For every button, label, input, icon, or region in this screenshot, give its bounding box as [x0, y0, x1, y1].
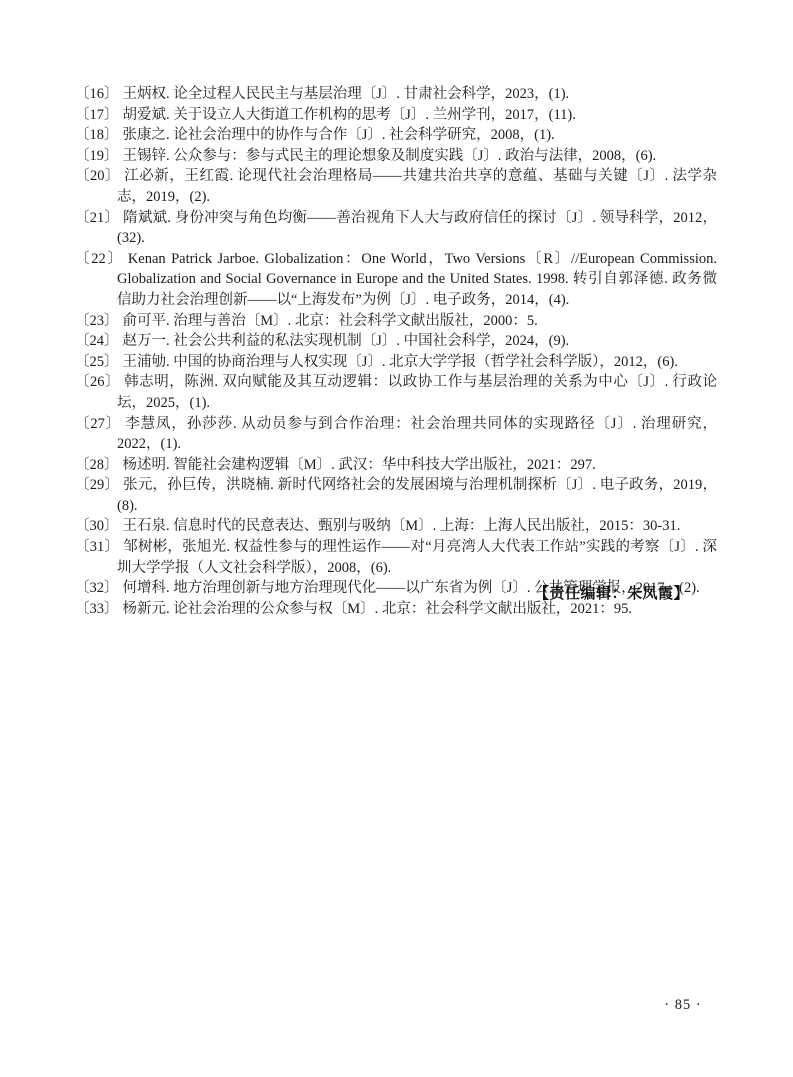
references-list: 〔16〕王炳权. 论全过程人民民主与基层治理〔J〕. 甘肃社会科学，2023，(… — [75, 84, 717, 619]
reference-item: 〔19〕王锡锌. 公众参与：参与式民主的理论想象及制度实践〔J〕. 政治与法律，… — [75, 146, 717, 167]
reference-number: 〔22〕 — [75, 251, 124, 267]
reference-item: 〔20〕江必新，王红霞. 论现代社会治理格局——共建共治共享的意蕴、基础与关键〔… — [75, 166, 717, 207]
editor-credit: 【责任编辑：朱凤霞】 — [534, 582, 689, 603]
reference-item: 〔29〕张元，孙巨传，洪晓楠. 新时代网络社会的发展困境与治理机制探析〔J〕. … — [75, 475, 717, 516]
reference-item: 〔30〕王石泉. 信息时代的民意表达、甄别与吸纳〔M〕. 上海：上海人民出版社，… — [75, 516, 717, 537]
reference-text: 杨新元. 论社会治理的公众参与权〔M〕. 北京：社会科学文献出版社，2021：9… — [123, 601, 633, 617]
reference-number: 〔24〕 — [75, 333, 119, 349]
reference-text: 王锡锌. 公众参与：参与式民主的理论想象及制度实践〔J〕. 政治与法律，2008… — [123, 148, 657, 164]
reference-number: 〔18〕 — [75, 127, 119, 143]
reference-text: 俞可平. 治理与善治〔M〕. 北京：社会科学文献出版社，2000：5. — [123, 313, 538, 329]
reference-number: 〔25〕 — [75, 354, 119, 370]
reference-number: 〔30〕 — [75, 518, 119, 534]
reference-text: 李慧凤，孙莎莎. 从动员参与到合作治理：社会治理共同体的实现路径〔J〕. 治理研… — [117, 416, 717, 453]
reference-text: 韩志明，陈洲. 双向赋能及其互动逻辑：以政协工作与基层治理的关系为中心〔J〕. … — [117, 374, 717, 411]
page-number: · 85 · — [655, 997, 711, 1014]
reference-number: 〔28〕 — [75, 457, 119, 473]
reference-number: 〔33〕 — [75, 601, 119, 617]
reference-item: 〔16〕王炳权. 论全过程人民民主与基层治理〔J〕. 甘肃社会科学，2023，(… — [75, 84, 717, 105]
reference-number: 〔32〕 — [75, 580, 119, 596]
reference-number: 〔19〕 — [75, 148, 119, 164]
reference-number: 〔16〕 — [75, 86, 119, 102]
reference-item: 〔28〕杨述明. 智能社会建构逻辑〔M〕. 武汉：华中科技大学出版社，2021：… — [75, 455, 717, 476]
reference-number: 〔26〕 — [75, 374, 120, 390]
reference-item: 〔17〕胡爱斌. 关于设立人大街道工作机构的思考〔J〕. 兰州学刊，2017，(… — [75, 105, 717, 126]
reference-number: 〔20〕 — [75, 168, 120, 184]
reference-text: 张康之. 论社会治理中的协作与合作〔J〕. 社会科学研究，2008，(1). — [123, 127, 555, 143]
reference-text: 杨述明. 智能社会建构逻辑〔M〕. 武汉：华中科技大学出版社，2021：297. — [123, 457, 596, 473]
reference-text: 赵万一. 社会公共利益的私法实现机制〔J〕. 中国社会科学，2024，(9). — [123, 333, 570, 349]
reference-item: 〔25〕王浦劬. 中国的协商治理与人权实现〔J〕. 北京大学学报（哲学社会科学版… — [75, 352, 717, 373]
reference-item: 〔31〕邹树彬，张旭光. 权益性参与的理性运作——对“月亮湾人大代表工作站”实践… — [75, 537, 717, 578]
reference-number: 〔21〕 — [75, 210, 119, 226]
reference-text: 王炳权. 论全过程人民民主与基层治理〔J〕. 甘肃社会科学，2023，(1). — [123, 86, 570, 102]
reference-item: 〔18〕张康之. 论社会治理中的协作与合作〔J〕. 社会科学研究，2008，(1… — [75, 125, 717, 146]
reference-number: 〔27〕 — [75, 416, 121, 432]
reference-text: 邹树彬，张旭光. 权益性参与的理性运作——对“月亮湾人大代表工作站”实践的考察〔… — [117, 539, 717, 576]
reference-text: 隋斌斌. 身份冲突与角色均衡——善治视角下人大与政府信任的探讨〔J〕. 领导科学… — [117, 210, 717, 247]
reference-text: 胡爱斌. 关于设立人大街道工作机构的思考〔J〕. 兰州学刊，2017，(11). — [123, 107, 576, 123]
reference-number: 〔29〕 — [75, 477, 119, 493]
reference-item: 〔23〕俞可平. 治理与善治〔M〕. 北京：社会科学文献出版社，2000：5. — [75, 311, 717, 332]
reference-number: 〔23〕 — [75, 313, 119, 329]
reference-item: 〔27〕李慧凤，孙莎莎. 从动员参与到合作治理：社会治理共同体的实现路径〔J〕.… — [75, 414, 717, 455]
reference-item: 〔24〕赵万一. 社会公共利益的私法实现机制〔J〕. 中国社会科学，2024，(… — [75, 331, 717, 352]
reference-text: 张元，孙巨传，洪晓楠. 新时代网络社会的发展困境与治理机制探析〔J〕. 电子政务… — [117, 477, 717, 514]
reference-text: Kenan Patrick Jarboe. Globalization：One … — [117, 251, 717, 308]
reference-item: 〔21〕隋斌斌. 身份冲突与角色均衡——善治视角下人大与政府信任的探讨〔J〕. … — [75, 208, 717, 249]
reference-item: 〔22〕Kenan Patrick Jarboe. Globalization：… — [75, 249, 717, 311]
reference-text: 王石泉. 信息时代的民意表达、甄别与吸纳〔M〕. 上海：上海人民出版社，2015… — [123, 518, 681, 534]
reference-number: 〔17〕 — [75, 107, 119, 123]
reference-item: 〔26〕韩志明，陈洲. 双向赋能及其互动逻辑：以政协工作与基层治理的关系为中心〔… — [75, 372, 717, 413]
reference-text: 王浦劬. 中国的协商治理与人权实现〔J〕. 北京大学学报（哲学社会科学版），20… — [123, 354, 678, 370]
document-page: 〔16〕王炳权. 论全过程人民民主与基层治理〔J〕. 甘肃社会科学，2023，(… — [0, 0, 793, 1077]
reference-number: 〔31〕 — [75, 539, 119, 555]
reference-text: 江必新，王红霞. 论现代社会治理格局——共建共治共享的意蕴、基础与关键〔J〕. … — [117, 168, 717, 205]
